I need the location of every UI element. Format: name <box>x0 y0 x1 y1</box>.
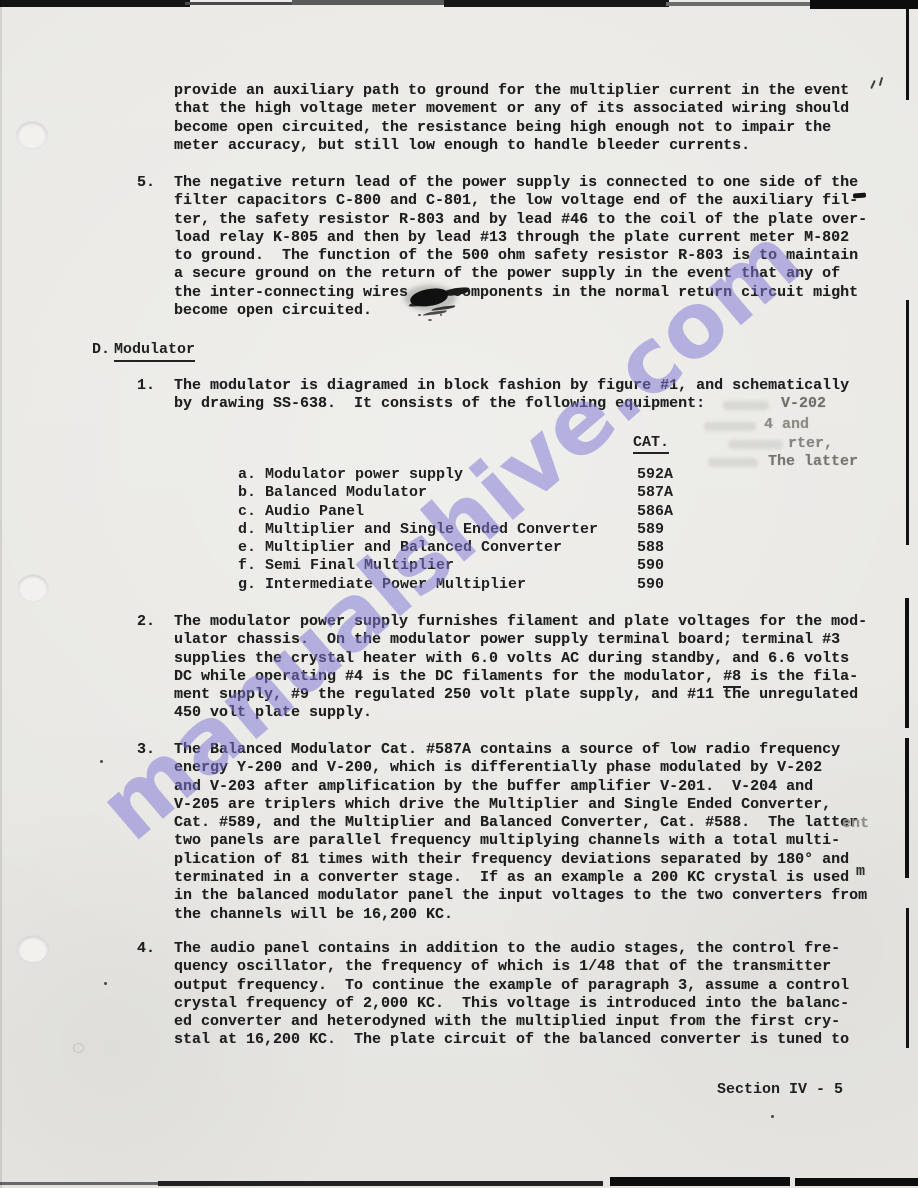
equipment-name: e. Multiplier and Balanced Converter <box>238 539 562 556</box>
punch-hole <box>18 936 48 962</box>
text-line: to ground. The function of the 500 ohm s… <box>174 247 867 265</box>
equipment-row: d. Multiplier and Single Ended Converter… <box>238 521 598 539</box>
bleed-fragment: V-202 <box>781 396 826 412</box>
text-line: The modulator power supply furnishes fil… <box>174 613 867 631</box>
text-line: provide an auxiliary path to ground for … <box>174 82 849 100</box>
page-footer: Section IV - 5 <box>717 1081 843 1099</box>
ink-smudge <box>428 319 432 321</box>
equipment-row: c. Audio Panel586A <box>238 503 598 521</box>
text-line: stal at 16,200 KC. The plate circuit of … <box>174 1031 849 1049</box>
text-line: The audio panel contains in addition to … <box>174 940 849 958</box>
top-edge-band <box>666 2 814 6</box>
text-line: output frequency. To continue the exampl… <box>174 977 849 995</box>
text-line: ter, the safety resistor R-803 and by le… <box>174 211 867 229</box>
equipment-list: a. Modulator power supply592Ab. Balanced… <box>238 466 598 594</box>
text-line: V-205 are triplers which drive the Multi… <box>174 796 867 814</box>
text-line: in the balanced modulator panel the inpu… <box>174 887 867 905</box>
equipment-name: a. Modulator power supply <box>238 466 463 483</box>
item-number: 5. <box>137 174 155 192</box>
bleed-smudge <box>704 422 756 431</box>
text-line: ulator chassis. On the modulator power s… <box>174 631 867 649</box>
text-line: two panels are parallel frequency multip… <box>174 832 867 850</box>
scan-page: provide an auxiliary path to ground for … <box>0 0 918 1188</box>
bottom-edge-band <box>610 1177 790 1186</box>
equipment-row: g. Intermediate Power Multiplier590 <box>238 576 598 594</box>
paragraph-lines: The modulator power supply furnishes fil… <box>174 613 867 723</box>
underline-mark <box>723 686 741 688</box>
bleed-fragment: ent <box>842 816 869 832</box>
list-item-2: 2. The modulator power supply furnishes … <box>174 613 867 723</box>
text-line: filter capacitors C-800 and C-801, the l… <box>174 192 867 210</box>
equipment-row: e. Multiplier and Balanced Converter588 <box>238 539 598 557</box>
text-line: become open circuited. <box>174 302 867 320</box>
section-title: Modulator <box>114 341 195 362</box>
right-edge-line <box>905 738 909 878</box>
equipment-row: f. Semi Final Multiplier590 <box>238 557 598 575</box>
text-line: quency oscillator, the frequency of whic… <box>174 958 849 976</box>
paragraph-lines: The audio panel contains in addition to … <box>174 940 849 1050</box>
bleed-fragment: rter, <box>788 436 833 452</box>
top-edge-band <box>292 0 447 5</box>
bottom-edge-band <box>0 1182 160 1185</box>
equipment-name: d. Multiplier and Single Ended Converter <box>238 521 598 538</box>
item-number: 4. <box>137 940 155 958</box>
stray-mark <box>73 1043 84 1053</box>
list-item-3: 3. The Balanced Modulator Cat. #587A con… <box>174 741 867 924</box>
equipment-name: g. Intermediate Power Multiplier <box>238 576 526 593</box>
equipment-cat: 592A <box>637 466 673 484</box>
equipment-cat: 588 <box>637 539 664 557</box>
punch-hole <box>18 575 48 601</box>
right-edge-line <box>906 8 909 100</box>
ink-smudge <box>440 314 442 316</box>
stray-mark <box>771 1115 774 1118</box>
list-item-4: 4. The audio panel contains in addition … <box>174 940 849 1050</box>
top-edge-band <box>810 0 918 9</box>
equipment-name: f. Semi Final Multiplier <box>238 557 454 574</box>
bleed-smudge <box>708 458 758 467</box>
intro-paragraph: provide an auxiliary path to ground for … <box>174 82 849 155</box>
bottom-edge-band <box>158 1181 603 1186</box>
ink-smudge <box>418 314 421 316</box>
text-line: Cat. #589, and the Multiplier and Balanc… <box>174 814 867 832</box>
equipment-cat: 590 <box>637 557 664 575</box>
text-line: ment supply, #9 the regulated 250 volt p… <box>174 686 867 704</box>
text-line: terminated in a converter stage. If as a… <box>174 869 867 887</box>
text-line: The modulator is diagramed in block fash… <box>174 377 849 395</box>
cat-column-header: CAT. <box>633 434 669 454</box>
equipment-cat: 589 <box>637 521 664 539</box>
bleed-fragment: The latter <box>768 454 858 470</box>
bleed-smudge <box>723 401 769 410</box>
equipment-cat: 586A <box>637 503 673 521</box>
bleed-smudge <box>728 440 783 449</box>
list-item-5: 5. The negative return lead of the power… <box>174 174 867 320</box>
right-edge-line <box>905 598 909 728</box>
text-line: the inter-connecting wires components in… <box>174 284 867 302</box>
bottom-edge-band <box>795 1178 918 1186</box>
punch-hole <box>17 122 47 148</box>
right-edge-line <box>906 300 909 545</box>
equipment-cat: 587A <box>637 484 673 502</box>
section-letter: D. <box>92 341 110 359</box>
stray-mark <box>104 982 107 985</box>
item-number: 3. <box>137 741 155 759</box>
text-line: a secure ground on the return of the pow… <box>174 265 867 283</box>
left-edge-line <box>0 0 2 1188</box>
bleed-fragment: m <box>856 864 865 880</box>
top-edge-band <box>185 2 295 5</box>
text-line: plication of 81 times with their frequen… <box>174 851 867 869</box>
top-edge-band <box>0 0 190 7</box>
equipment-row: b. Balanced Modulator587A <box>238 484 598 502</box>
text-line: load relay K-805 and then by lead #13 th… <box>174 229 867 247</box>
equipment-cat: 590 <box>637 576 664 594</box>
text-line: supplies the crystal heater with 6.0 vol… <box>174 650 867 668</box>
right-edge-line <box>906 908 909 1048</box>
paragraph-lines: The Balanced Modulator Cat. #587A contai… <box>174 741 867 924</box>
paragraph-lines: The negative return lead of the power su… <box>174 174 867 320</box>
text-line: 450 volt plate supply. <box>174 704 867 722</box>
text-line: DC while operating #4 is the DC filament… <box>174 668 867 686</box>
text-line: and V-203 after amplification by the buf… <box>174 778 867 796</box>
paragraph-lines: provide an auxiliary path to ground for … <box>174 82 849 155</box>
text-line: ed converter and heterodyned with the mu… <box>174 1013 849 1031</box>
equipment-name: b. Balanced Modulator <box>238 484 427 501</box>
text-line: The negative return lead of the power su… <box>174 174 867 192</box>
text-line: The Balanced Modulator Cat. #587A contai… <box>174 741 867 759</box>
bleed-fragment: 4 and <box>764 417 809 433</box>
equipment-name: c. Audio Panel <box>238 503 364 520</box>
text-line: crystal frequency of 2,000 KC. This volt… <box>174 995 849 1013</box>
text-line: the channels will be 16,200 KC. <box>174 906 867 924</box>
top-edge-band <box>444 0 669 7</box>
section-heading: D. Modulator <box>0 341 918 361</box>
stray-mark <box>870 80 876 89</box>
text-line: become open circuited, the resistance be… <box>174 119 849 137</box>
text-line: meter accuracy, but still low enough to … <box>174 137 849 155</box>
item-number: 2. <box>137 613 155 631</box>
item-number: 1. <box>137 377 155 395</box>
stray-mark <box>100 760 103 763</box>
text-line: energy Y-200 and V-200, which is differe… <box>174 759 867 777</box>
stray-mark <box>879 77 883 86</box>
equipment-row: a. Modulator power supply592A <box>238 466 598 484</box>
text-line: that the high voltage meter movement or … <box>174 100 849 118</box>
